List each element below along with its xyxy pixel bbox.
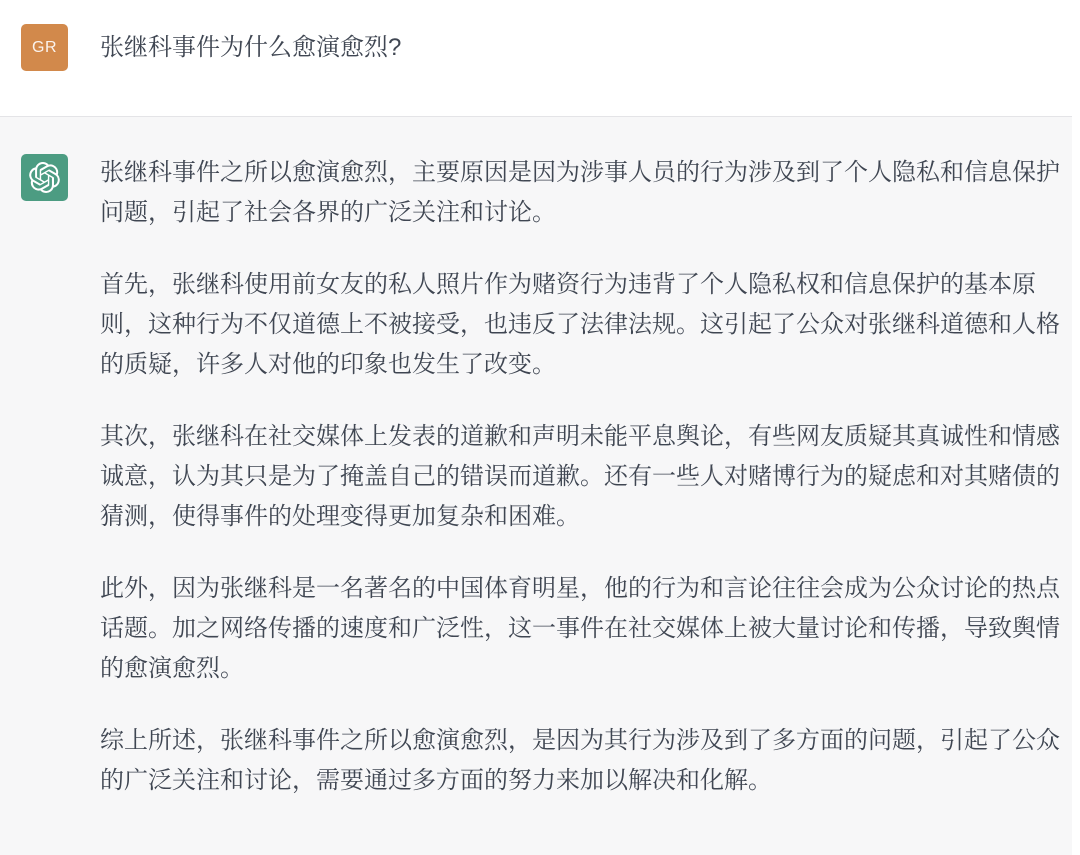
message-line: 话题。加之网络传播的速度和广泛性，这一事件在社交媒体上被大量讨论和传播，导致舆情 bbox=[100, 609, 1064, 649]
user-message-text: 张继科事件为什么愈演愈烈? bbox=[100, 24, 401, 62]
assistant-avatar bbox=[21, 154, 68, 201]
openai-logo-icon bbox=[29, 162, 60, 193]
message-line: 猜测，使得事件的处理变得更加复杂和困难。 bbox=[100, 497, 1064, 537]
message-line: 则，这种行为不仅道德上不被接受，也违反了法律法规。这引起了公众对张继科道德和人格 bbox=[100, 305, 1064, 345]
message-line: 首先，张继科使用前女友的私人照片作为赌资行为违背了个人隐私权和信息保护的基本原 bbox=[100, 265, 1064, 305]
user-message-row: GR 张继科事件为什么愈演愈烈? bbox=[0, 0, 1080, 116]
user-avatar: GR bbox=[21, 24, 68, 71]
message-line: 其次，张继科在社交媒体上发表的道歉和声明未能平息舆论，有些网友质疑其真诚性和情感 bbox=[100, 417, 1064, 457]
message-line: 张继科事件之所以愈演愈烈，主要原因是因为涉事人员的行为涉及到了个人隐私和信息保护 bbox=[100, 153, 1064, 193]
assistant-paragraph-3: 其次，张继科在社交媒体上发表的道歉和声明未能平息舆论，有些网友质疑其真诚性和情感… bbox=[100, 417, 1064, 537]
message-line: 问题，引起了社会各界的广泛关注和讨论。 bbox=[100, 193, 1064, 233]
assistant-message-row: 张继科事件之所以愈演愈烈，主要原因是因为涉事人员的行为涉及到了个人隐私和信息保护… bbox=[0, 116, 1072, 855]
message-line: 综上所述，张继科事件之所以愈演愈烈，是因为其行为涉及到了多方面的问题，引起了公众 bbox=[100, 721, 1064, 761]
message-line: 此外，因为张继科是一名著名的中国体育明星，他的行为和言论往往会成为公众讨论的热点 bbox=[100, 569, 1064, 609]
message-line: 诚意，认为其只是为了掩盖自己的错误而道歉。还有一些人对赌博行为的疑虑和对其赌债的 bbox=[100, 457, 1064, 497]
user-avatar-initials: GR bbox=[32, 39, 57, 57]
assistant-message-text: 张继科事件之所以愈演愈烈，主要原因是因为涉事人员的行为涉及到了个人隐私和信息保护… bbox=[100, 153, 1064, 801]
message-line: 的愈演愈烈。 bbox=[100, 649, 1064, 689]
assistant-paragraph-1: 张继科事件之所以愈演愈烈，主要原因是因为涉事人员的行为涉及到了个人隐私和信息保护… bbox=[100, 153, 1064, 233]
assistant-paragraph-5: 综上所述，张继科事件之所以愈演愈烈，是因为其行为涉及到了多方面的问题，引起了公众… bbox=[100, 721, 1064, 801]
assistant-paragraph-2: 首先，张继科使用前女友的私人照片作为赌资行为违背了个人隐私权和信息保护的基本原 … bbox=[100, 265, 1064, 385]
message-line: 的广泛关注和讨论，需要通过多方面的努力来加以解决和化解。 bbox=[100, 761, 1064, 801]
message-line: 的质疑，许多人对他的印象也发生了改变。 bbox=[100, 345, 1064, 385]
assistant-paragraph-4: 此外，因为张继科是一名著名的中国体育明星，他的行为和言论往往会成为公众讨论的热点… bbox=[100, 569, 1064, 689]
